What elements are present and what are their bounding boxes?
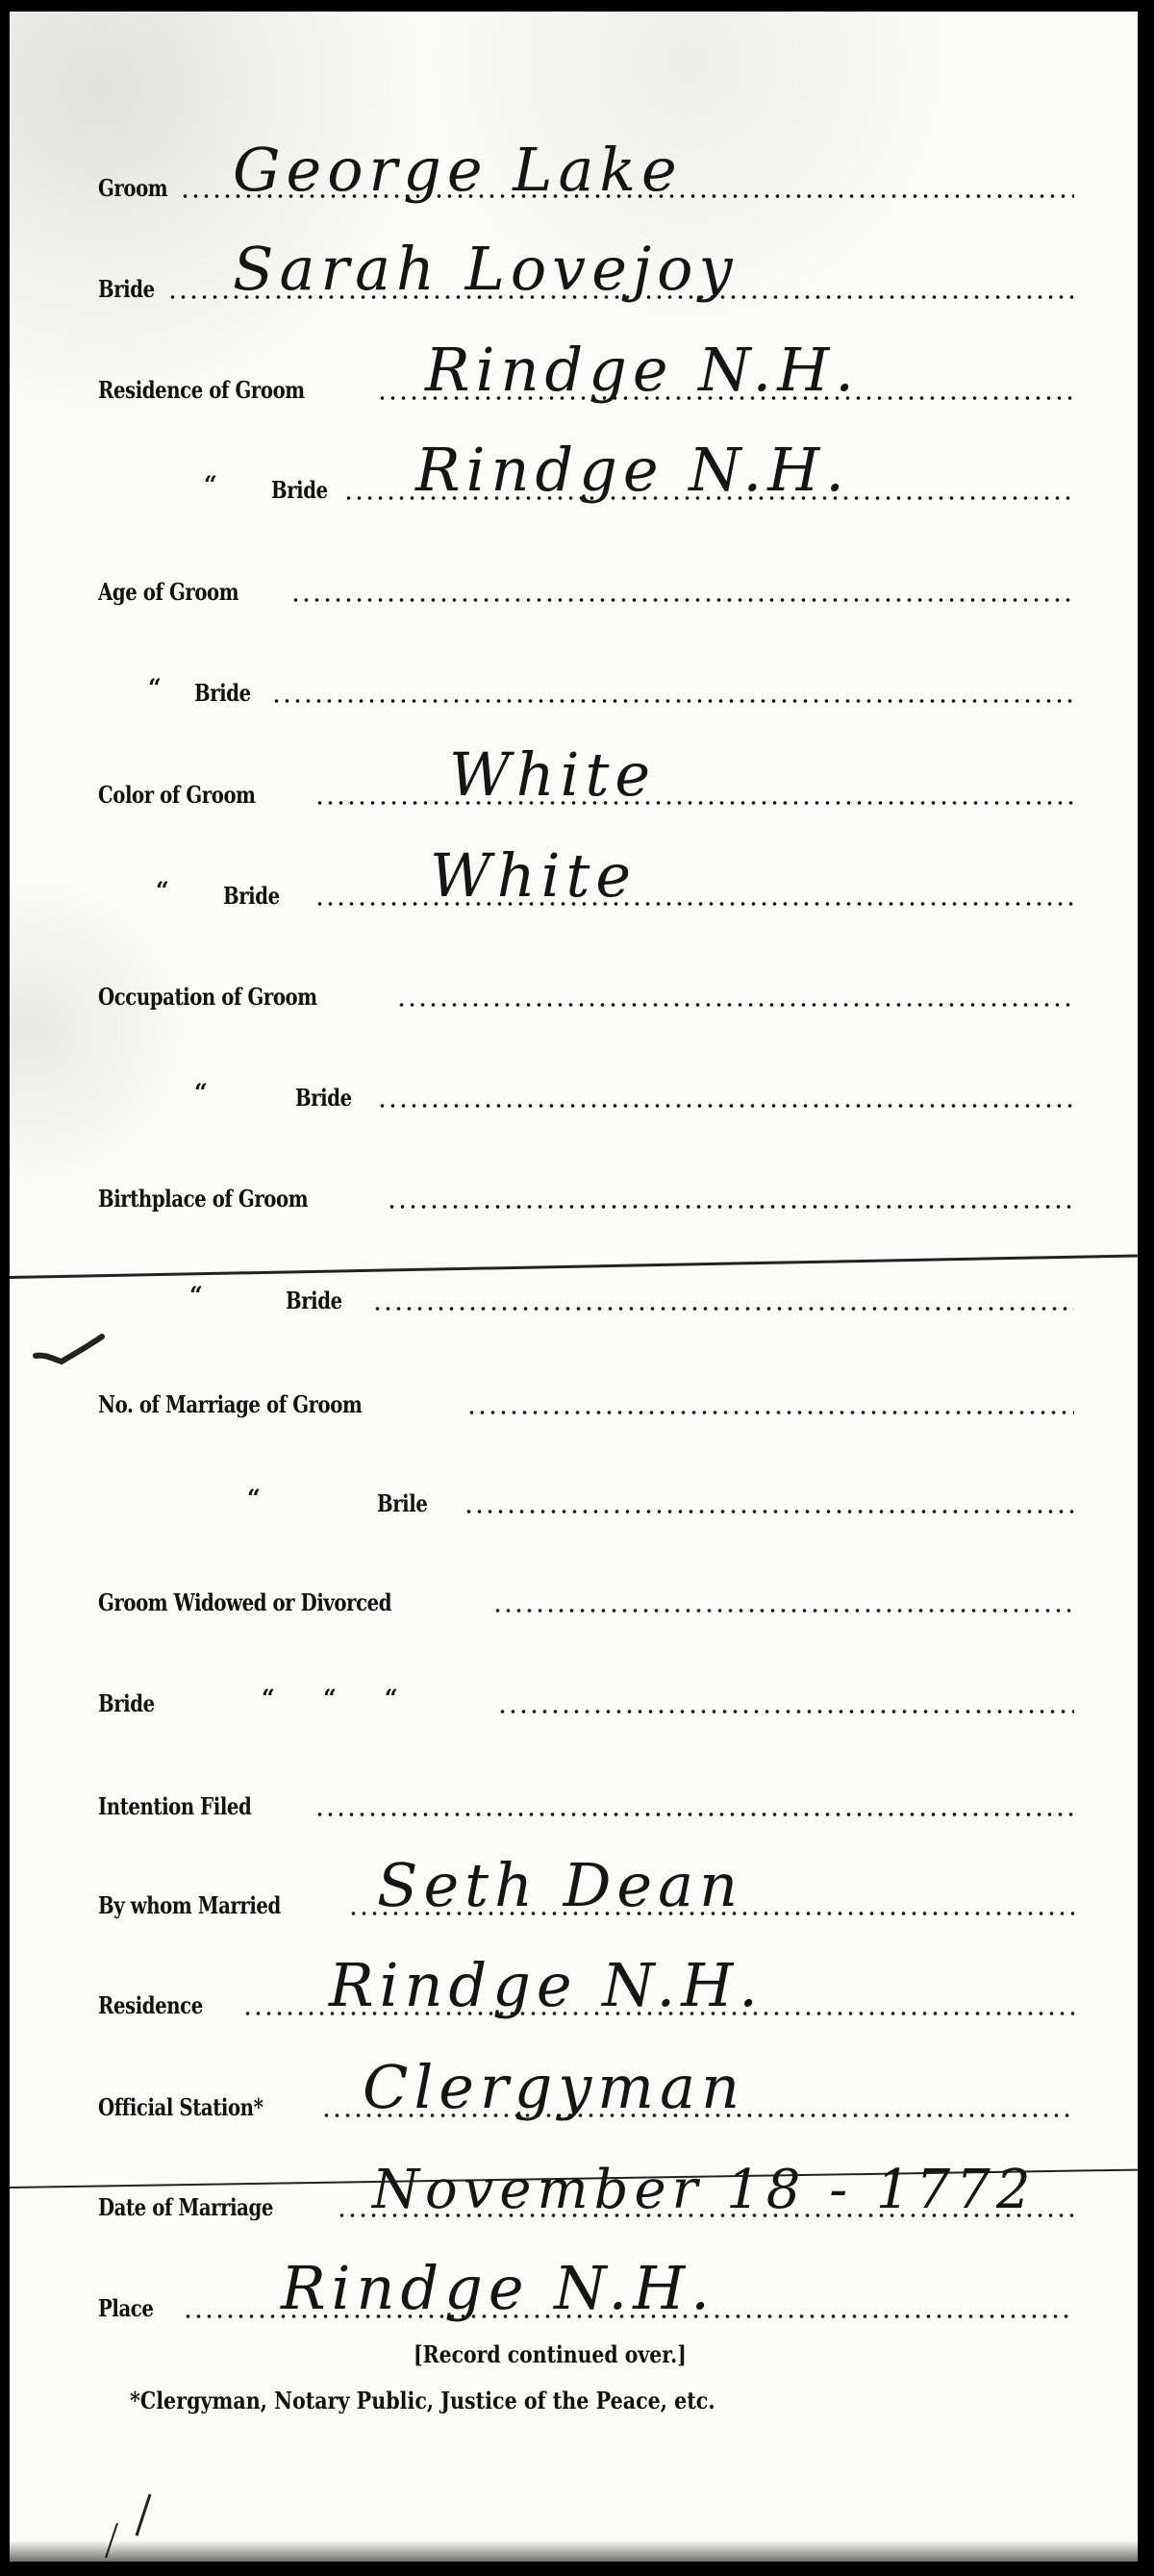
ditto-mark: “ (156, 876, 169, 904)
dotted-line (377, 1104, 1074, 1108)
field-label: Residence (98, 1991, 203, 2019)
record-continued-note: [Record continued over.] (414, 2340, 687, 2368)
ditto-mark: “ (247, 1484, 261, 1512)
dotted-line (492, 1609, 1074, 1613)
dotted-line (396, 1003, 1074, 1007)
dotted-line (466, 1411, 1074, 1414)
field-date-of-marriage: Date of Marriage November 18 - 1772 (98, 2185, 1074, 2223)
field-value-handwritten: Seth Dean (377, 1856, 743, 1915)
field-value-handwritten: White (430, 846, 637, 906)
field-age-bride: “ Bride (98, 670, 1074, 709)
dotted-line (372, 1307, 1074, 1311)
field-value-handwritten: White (449, 745, 656, 805)
field-intention-filed: Intention Filed (98, 1784, 1074, 1822)
check-mark-icon (31, 1331, 108, 1369)
field-value-handwritten: Rindge N.H. (281, 2259, 715, 2318)
field-official-station: Official Station* Clergyman (98, 2085, 1074, 2123)
field-groom: Groom George Lake (98, 165, 1074, 204)
field-value-handwritten: Rindge N.H. (425, 340, 860, 400)
scan-shadow (10, 2540, 1138, 2562)
field-value-handwritten: George Lake (233, 140, 683, 200)
dotted-line (271, 699, 1074, 703)
dotted-line (290, 598, 1074, 602)
field-label: Bride (286, 1287, 342, 1314)
field-value-handwritten: Clergyman (363, 2058, 745, 2117)
field-label: Intention Filed (98, 1792, 251, 1820)
dotted-line (314, 1813, 1074, 1816)
field-value-handwritten: Rindge N.H. (415, 440, 850, 500)
field-birthplace-groom: Birthplace of Groom (98, 1176, 1074, 1214)
field-residence-groom: Residence of Groom Rindge N.H. (98, 367, 1074, 406)
field-label: Brile (377, 1489, 427, 1517)
field-groom-widowed-divorced: Groom Widowed or Divorced (98, 1580, 1074, 1618)
field-label: Place (98, 2294, 153, 2322)
field-label: Date of Marriage (98, 2193, 273, 2221)
field-occupation-bride: “ Bride (98, 1075, 1074, 1113)
field-color-bride: “ Bride White (98, 873, 1074, 912)
field-label: Bride (98, 1689, 155, 1717)
field-label: Occupation of Groom (98, 983, 317, 1011)
field-marriage-number-bride: “ Brile (98, 1481, 1074, 1519)
field-label: Bride (295, 1084, 352, 1112)
field-value-handwritten: November 18 - 1772 (372, 2163, 1036, 2217)
field-color-groom: Color of Groom White (98, 772, 1074, 811)
ditto-mark: “ (194, 1078, 208, 1106)
field-value-handwritten: Rindge N.H. (329, 1956, 764, 2015)
dotted-line (497, 1710, 1074, 1713)
dotted-line (314, 902, 1074, 906)
field-label: Residence of Groom (98, 376, 305, 404)
field-label: Color of Groom (98, 781, 256, 809)
field-value-handwritten: Sarah Lovejoy (233, 239, 738, 299)
field-label: Official Station* (98, 2093, 263, 2121)
field-label: Age of Groom (98, 578, 238, 606)
field-residence-bride: “ Bride Rindge N.H. (98, 467, 1074, 506)
field-label: No. of Marriage of Groom (98, 1390, 362, 1418)
stray-rule-line (10, 1254, 1138, 1279)
field-bride: Bride Sarah Lovejoy (98, 266, 1074, 305)
ditto-mark: “ (204, 470, 217, 498)
field-birthplace-bride: “ Bride (98, 1278, 1074, 1316)
ditto-mark: “ “ “ (262, 1684, 398, 1712)
field-label: Bride (194, 679, 251, 707)
document-page: Groom George Lake Bride Sarah Lovejoy Re… (10, 12, 1138, 2562)
dotted-line (314, 801, 1074, 805)
field-bride-widowed-divorced: Bride “ “ “ (98, 1681, 1074, 1719)
field-label: Bride (98, 275, 155, 303)
field-by-whom-married: By whom Married Seth Dean (98, 1883, 1074, 1921)
field-marriage-number-groom: No. of Marriage of Groom (98, 1382, 1074, 1420)
dotted-line (387, 1205, 1074, 1209)
field-place: Place Rindge N.H. (98, 2286, 1074, 2324)
ditto-mark: “ (189, 1281, 203, 1309)
field-label: Groom Widowed or Divorced (98, 1588, 391, 1616)
field-officiant-residence: Residence Rindge N.H. (98, 1983, 1074, 2021)
official-station-footnote: *Clergyman, Notary Public, Justice of th… (130, 2387, 715, 2414)
ditto-mark: “ (148, 673, 162, 701)
field-label: By whom Married (98, 1891, 281, 1919)
field-label: Bride (223, 882, 280, 910)
field-label: Birthplace of Groom (98, 1185, 308, 1213)
field-age-groom: Age of Groom (98, 569, 1074, 608)
field-occupation-groom: Occupation of Groom (98, 974, 1074, 1013)
dotted-line (464, 1510, 1074, 1513)
field-label: Groom (98, 174, 167, 202)
field-label: Bride (271, 476, 328, 504)
